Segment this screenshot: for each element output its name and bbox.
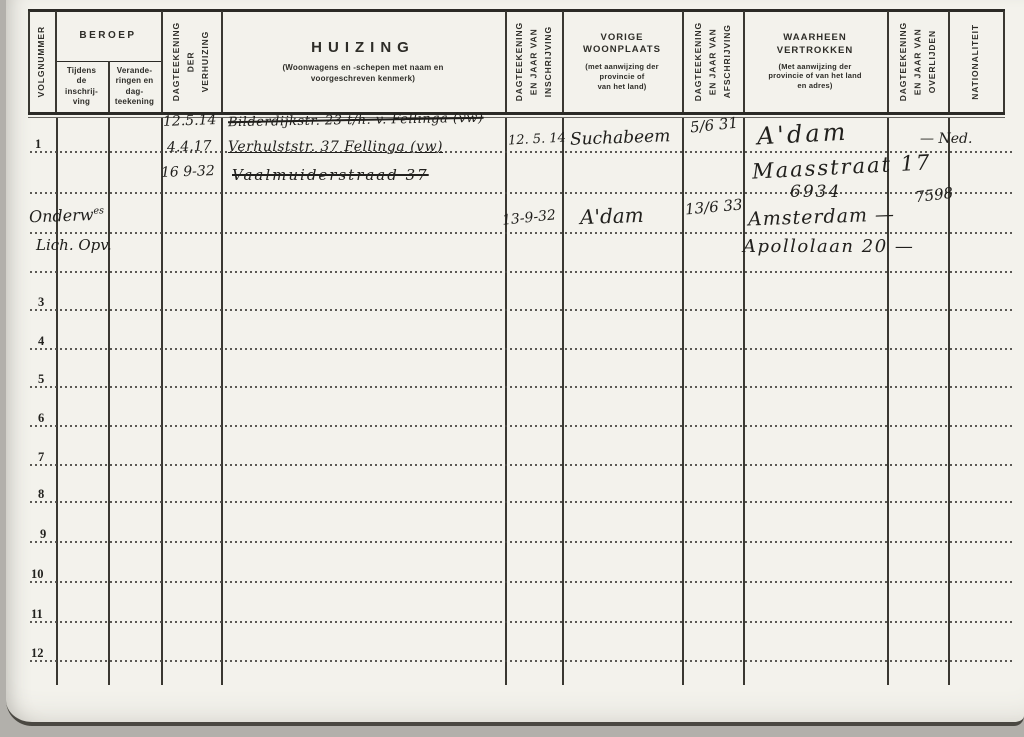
row-rule xyxy=(30,309,1012,311)
column-header-dagteekening-verhuizing: DAGTEEKENING DER VERHUIZING xyxy=(161,11,221,112)
body-column-line xyxy=(221,118,223,685)
scanned-register-page: VOLGNUMMER BEROEP Tijdens de inschrij- v… xyxy=(0,0,1024,737)
row-rule xyxy=(30,425,1012,427)
row-rule xyxy=(30,581,1012,583)
entry1-nationaliteit: — Ned. xyxy=(920,131,972,147)
vorige-subtitle: (met aanwijzing der provincie of van het… xyxy=(585,62,658,91)
column-header-beroep-tijdens: Tijdens de inschrij- ving xyxy=(55,62,108,111)
column-header-nationaliteit: NATIONALITEIT xyxy=(948,11,1003,112)
column-header-label: DAGTEEKENING DER VERHUIZING xyxy=(169,22,212,101)
header-border-right xyxy=(1003,11,1005,112)
column-header-beroep: BEROEP xyxy=(55,18,161,52)
column-header-dagteekening-overlijden: DAGTEEKENING EN JAAR VAN OVERLIJDEN xyxy=(887,11,948,112)
waarheen-title: WAARHEEN VERTROKKEN xyxy=(777,32,854,58)
row-number: 10 xyxy=(31,567,44,582)
column-header-beroep-veranderingen: Verande- ringen en dag- teekening xyxy=(108,62,161,111)
vorige-title: VORIGE WOONPLAATS xyxy=(583,32,661,58)
row-number: 7 xyxy=(38,450,44,465)
body-column-line xyxy=(505,118,507,685)
row-rule xyxy=(30,660,1012,662)
waarheen-subtitle: (Met aanwijzing der provincie of van het… xyxy=(768,62,861,91)
row-number: 5 xyxy=(38,372,44,387)
body-column-line xyxy=(56,118,58,685)
column-header-label: VOLGNUMMER xyxy=(34,26,48,97)
huizing-title: HUIZING xyxy=(311,39,415,56)
column-header-waarheen-vertrokken: WAARHEEN VERTROKKEN (Met aanwijzing der … xyxy=(743,11,887,112)
row-number: 1 xyxy=(35,137,41,152)
entry2-waarheen-street: Apollolaan 20 — xyxy=(743,236,914,257)
body-column-line xyxy=(743,118,745,685)
entry1-huizing-line3: Vaalmuiderstraad 37 xyxy=(232,166,429,184)
entry1-vorige-woonplaats: Suchabeem xyxy=(570,126,671,149)
row-number: 4 xyxy=(38,334,44,349)
row-number: 8 xyxy=(38,487,44,502)
entry2-beroep-superscript: es xyxy=(93,205,104,216)
column-header-label: Verande- ringen en dag- teekening xyxy=(115,66,154,108)
column-header-dagteekening-afschrijving: DAGTEEKENING EN JAAR VAN AFSCHRIJVING xyxy=(682,11,743,112)
huizing-subtitle: (Woonwagens en -schepen met naam en voor… xyxy=(282,63,443,84)
body-column-line xyxy=(161,118,163,685)
column-header-vorige-woonplaats: VORIGE WOONPLAATS (met aanwijzing der pr… xyxy=(562,11,682,112)
row-rule xyxy=(30,464,1012,466)
row-number: 3 xyxy=(38,295,44,310)
row-rule xyxy=(30,541,1012,543)
entry2-beroep-text: Onderw xyxy=(29,205,94,226)
entry1-huizing-line2: Verhulststr. 37 Fellinga (vw) xyxy=(228,139,443,155)
entry2-beroep-line1: Onderwes xyxy=(29,205,105,227)
column-header-dagteekening-inschrijving: DAGTEEKENING EN JAAR VAN INSCHRIJVING xyxy=(505,11,562,112)
row-number: 9 xyxy=(40,527,46,542)
entry1-waarheen-number: 6934 xyxy=(790,182,841,202)
entry1-verhuizing-date: 4.4.17 xyxy=(167,138,212,156)
column-header-label: BEROEP xyxy=(79,30,136,41)
body-column-line xyxy=(562,118,564,685)
entry1-inschrijving-date: 12. 5. 14 xyxy=(508,130,567,148)
row-rule xyxy=(30,271,1012,273)
row-number: 12 xyxy=(31,646,44,661)
row-rule xyxy=(30,232,1012,234)
body-column-line xyxy=(948,118,950,685)
column-header-volgnummer: VOLGNUMMER xyxy=(28,11,55,112)
column-header-label: DAGTEEKENING EN JAAR VAN INSCHRIJVING xyxy=(512,22,555,101)
column-header-label: DAGTEEKENING EN JAAR VAN OVERLIJDEN xyxy=(896,22,939,101)
column-header-label: DAGTEEKENING EN JAAR VAN AFSCHRIJVING xyxy=(691,22,734,101)
entry1-verhuizing-date: 16 9-32 xyxy=(161,163,215,181)
column-header-label: NATIONALITEIT xyxy=(968,24,982,100)
row-number: 6 xyxy=(38,411,44,426)
entry1-verhuizing-date: 12.5.14 xyxy=(163,112,217,130)
row-rule xyxy=(30,348,1012,350)
row-rule xyxy=(30,386,1012,388)
row-rule xyxy=(30,501,1012,503)
row-rule xyxy=(30,192,1012,194)
entry2-vorige-woonplaats: A'dam xyxy=(580,203,644,229)
body-column-line xyxy=(682,118,684,685)
column-header-label: Tijdens de inschrij- ving xyxy=(65,66,98,108)
row-rule xyxy=(30,621,1012,623)
body-column-line xyxy=(108,118,110,685)
entry1-waarheen-place: A'dam xyxy=(756,118,849,151)
row-number: 11 xyxy=(31,607,43,622)
entry2-beroep-line2: Lich. Opv. xyxy=(36,236,112,254)
column-header-huizing: HUIZING (Woonwagens en -schepen met naam… xyxy=(221,11,505,112)
